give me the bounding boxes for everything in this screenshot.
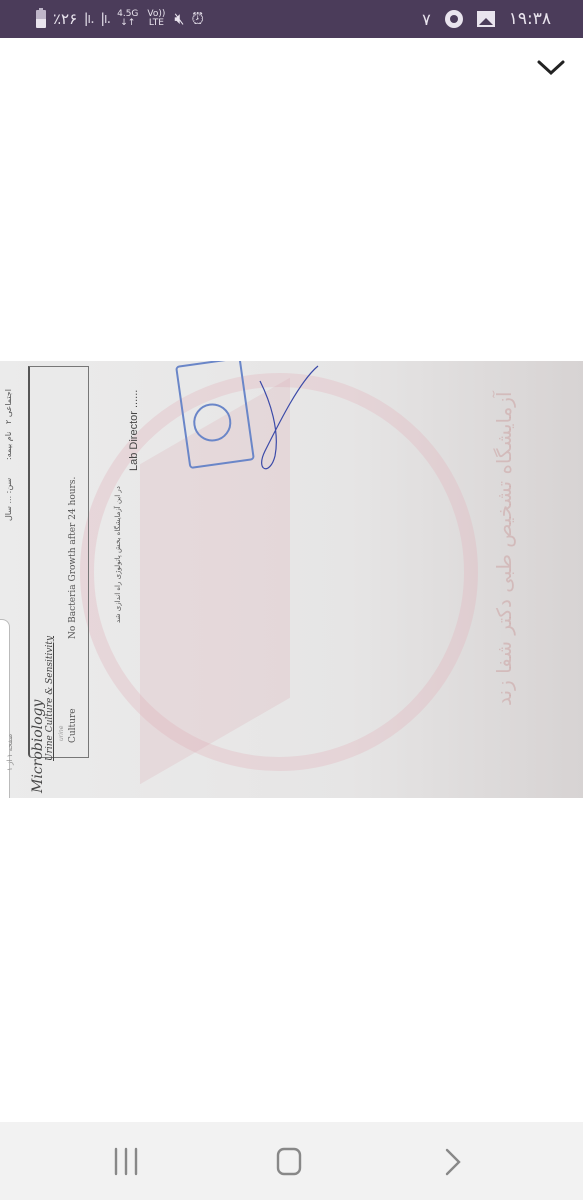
status-right: ۷ ۱۹:۳۸ bbox=[422, 0, 551, 38]
gallery-icon bbox=[477, 11, 495, 27]
navigation-bar bbox=[0, 1122, 583, 1200]
signal-icon-2: ǀı. bbox=[101, 11, 110, 27]
document-image: اجتماعی ۲ نام بیمه: سن: ... سال صفحه ۱ ا… bbox=[0, 361, 583, 798]
recent-apps-icon[interactable] bbox=[106, 1146, 146, 1178]
status-left: ٪۲۶ ǀı. ǀı. 4.5G↓↑ Vo)) LTE 🔇︎ ⏰︎ bbox=[36, 0, 204, 38]
back-icon[interactable] bbox=[434, 1146, 474, 1178]
pathology-note: در این آزمایشگاه بخش پاتولوژی راه اندازی… bbox=[114, 486, 122, 623]
footer-watermark: آزمایشگاه تشخیص طبی دکتر شفا زند bbox=[492, 391, 516, 706]
lab-director-label: Lab Director ...... bbox=[128, 390, 140, 471]
test-title: Urine Culture & Sensitivity bbox=[45, 636, 55, 761]
culture-result: No Bacteria Growth after 24 hours. bbox=[68, 477, 78, 639]
clock: ۱۹:۳۸ bbox=[509, 9, 551, 29]
mute-icon: 🔇︎ bbox=[174, 9, 184, 29]
battery-icon bbox=[36, 10, 46, 28]
status-bar: ٪۲۶ ǀı. ǀı. 4.5G↓↑ Vo)) LTE 🔇︎ ⏰︎ ۷ ۱۹:۳… bbox=[0, 0, 583, 38]
header-insurance-label: اجتماعی ۲ نام بیمه: سن: ... سال bbox=[4, 389, 13, 521]
signature bbox=[240, 361, 320, 481]
chevron-down-icon[interactable] bbox=[535, 52, 567, 84]
overlay-card bbox=[0, 619, 10, 798]
notification-count: ۷ bbox=[422, 10, 431, 29]
home-icon[interactable] bbox=[270, 1146, 310, 1178]
section-title: Microbiology bbox=[30, 700, 46, 793]
signal-icon: ǀı. bbox=[84, 11, 93, 27]
battery-percent: ٪۲۶ bbox=[53, 10, 77, 28]
network-type-icon: 4.5G↓↑ bbox=[117, 10, 138, 28]
alarm-icon: ⏰︎ bbox=[192, 9, 204, 29]
volte-icon: Vo)) LTE bbox=[145, 10, 167, 28]
stamp-logo-icon bbox=[191, 401, 234, 444]
specimen-label: urine bbox=[58, 726, 65, 741]
header-page: صفحه ۱ از ۱ bbox=[6, 734, 14, 771]
chrome-icon bbox=[445, 10, 463, 28]
row-label: Culture bbox=[68, 708, 78, 743]
